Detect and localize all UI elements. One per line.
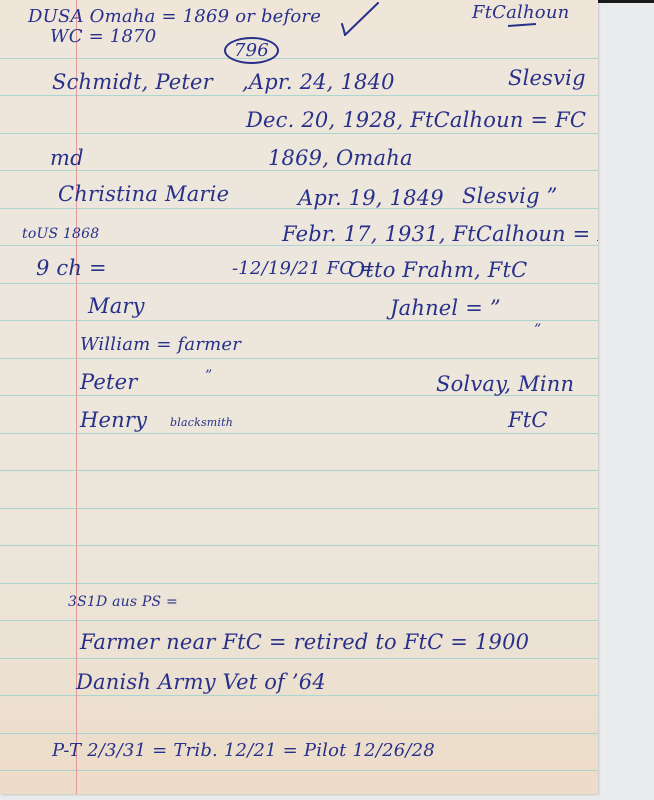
underline-mark <box>508 23 536 27</box>
subject-name: Schmidt, Peter <box>52 70 213 94</box>
ruled-line <box>0 320 598 321</box>
ruled-line <box>0 583 598 584</box>
marriage-date-place: 1869, Omaha <box>268 146 413 170</box>
child-2-detail: ” <box>534 322 541 338</box>
ruled-line <box>0 470 598 471</box>
subject-birth-date: ,Apr. 24, 1840 <box>242 70 395 94</box>
child-4-detail: blacksmith <box>170 416 233 429</box>
ruled-line <box>0 133 598 134</box>
child-3-detail: ” <box>205 368 212 384</box>
children-note-name: Otto Frahm, FtC <box>348 258 527 282</box>
immigration-note: DUSA Omaha = 1869 or before <box>28 6 321 27</box>
child-2-name: William = farmer <box>80 334 241 355</box>
ftc-location: FtC <box>508 408 548 432</box>
scanner-edge <box>596 0 654 3</box>
newspaper-citations: P-T 2/3/31 = Trib. 12/21 = Pilot 12/26/2… <box>52 740 435 761</box>
ruled-line <box>0 95 598 96</box>
spouse-immigration: toUS 1868 <box>22 226 99 242</box>
military-note: Danish Army Vet of ’64 <box>76 670 326 694</box>
spouse-name: Christina Marie <box>58 182 229 206</box>
ruled-line <box>0 658 598 659</box>
ruled-line <box>0 620 598 621</box>
ruled-line <box>0 170 598 171</box>
subject-birth-place: Slesvig <box>508 66 586 90</box>
marriage-label: md <box>50 146 84 170</box>
solvay-location: Solvay, Minn <box>436 372 574 396</box>
child-1-detail: Jahnel = ” <box>390 296 501 320</box>
child-4-name: Henry <box>80 408 147 432</box>
ruled-line <box>0 733 598 734</box>
ruled-line <box>0 358 598 359</box>
ruled-line <box>0 58 598 59</box>
ruled-line <box>0 545 598 546</box>
spouse-death: Febr. 17, 1931, FtCalhoun = FC <box>282 222 598 246</box>
ruled-line <box>0 695 598 696</box>
subject-death: Dec. 20, 1928, FtCalhoun = FC <box>246 108 586 132</box>
children-count: 9 ch = <box>36 256 107 280</box>
source-note: 3S1D aus PS = <box>68 594 178 610</box>
notebook-page: DUSA Omaha = 1869 or before WC = 1870 79… <box>0 0 598 794</box>
spouse-birth: Apr. 19, 1849 <box>298 186 444 210</box>
spouse-birth-place: Slesvig ” <box>462 184 558 208</box>
ruled-line <box>0 433 598 434</box>
record-number: 796 <box>224 37 279 64</box>
ruled-line <box>0 770 598 771</box>
occupation-note: Farmer near FtC = retired to FtC = 1900 <box>80 630 529 654</box>
ruled-line <box>0 283 598 284</box>
ruled-line <box>0 508 598 509</box>
child-3-name: Peter <box>80 370 138 394</box>
child-1-name: Mary <box>88 294 145 318</box>
location-tag: FtCalhoun <box>472 2 569 23</box>
check-mark-icon <box>340 2 380 36</box>
wc-note: WC = 1870 <box>50 26 156 47</box>
